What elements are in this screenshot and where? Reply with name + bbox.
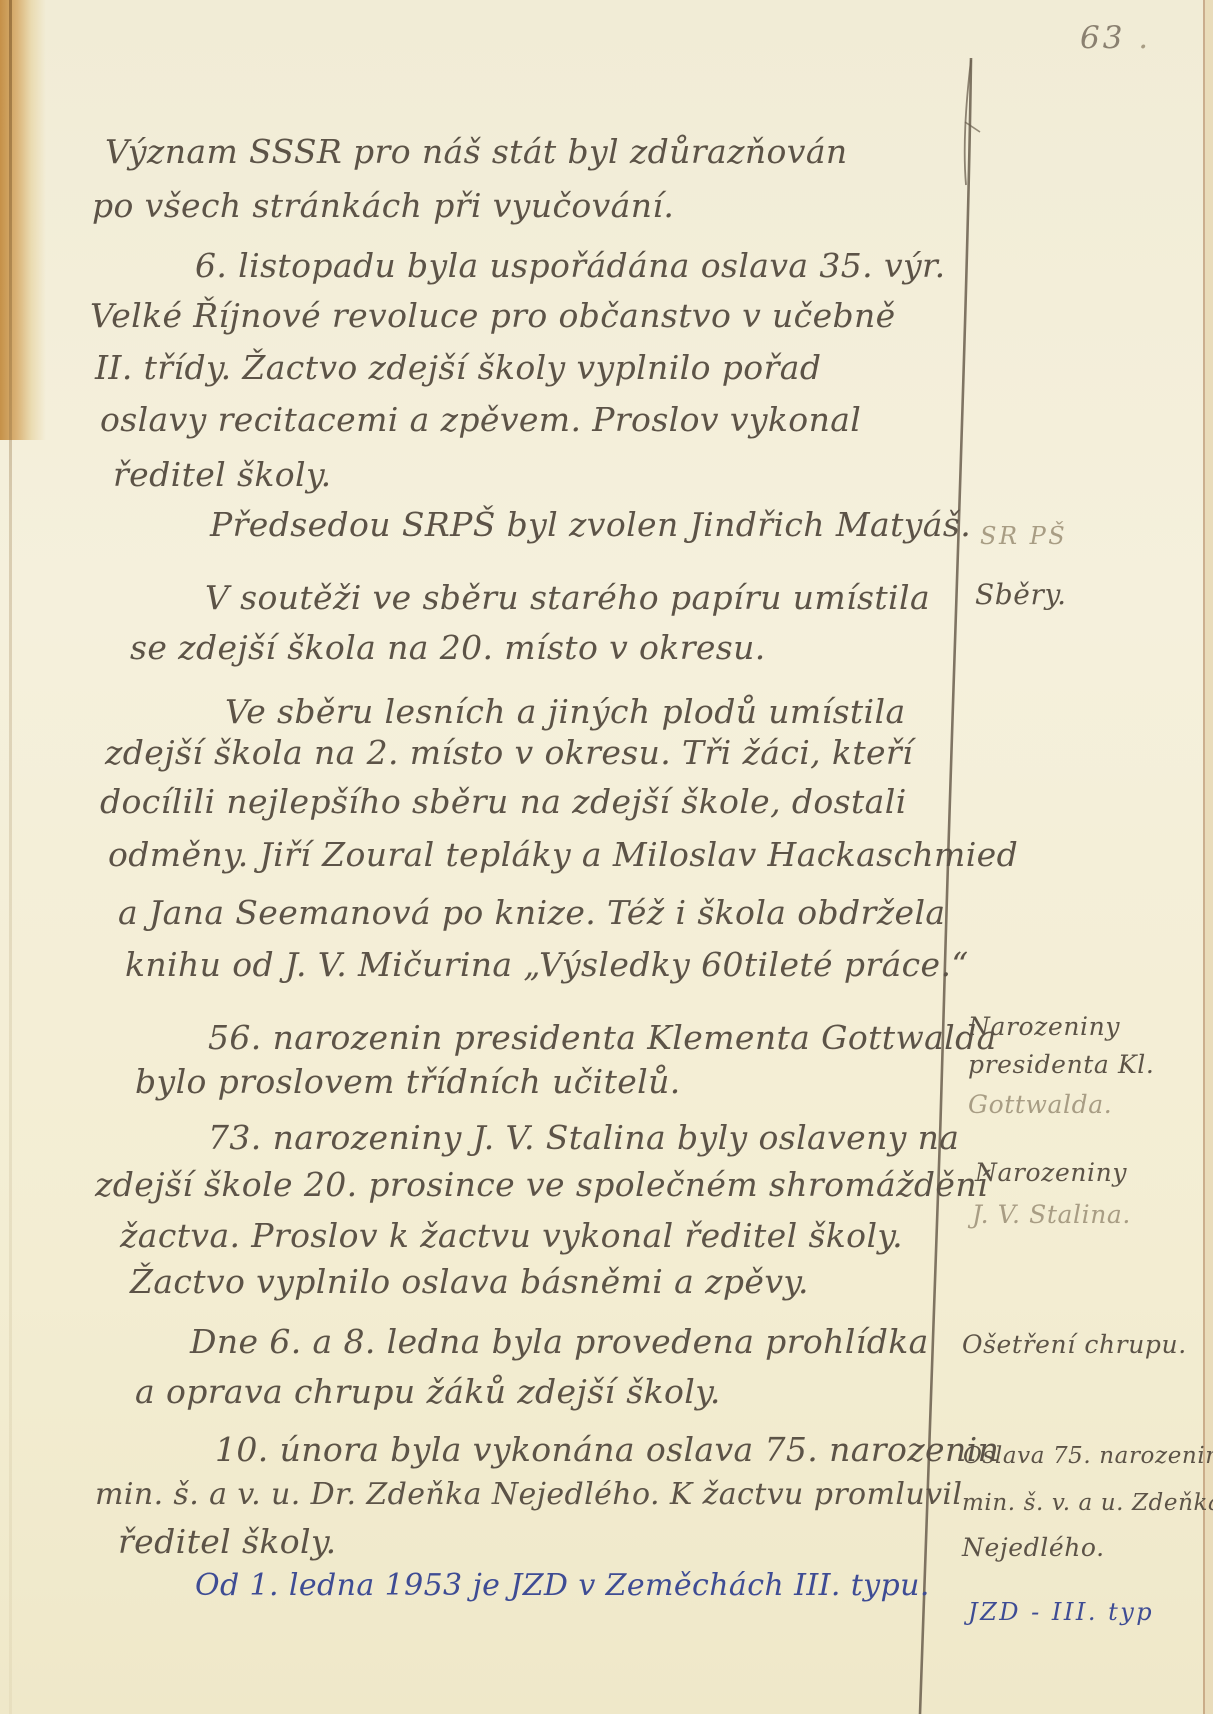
margin-note: Gottwalda. [968,1090,1112,1119]
margin-note: JZD - III. typ [968,1598,1154,1626]
page-number-value: 63 [1080,20,1125,56]
handwritten-line: Předsedou SRPŠ byl zvolen Jindřich Matyá… [210,505,971,544]
handwritten-line: ředitel školy. [118,1522,337,1561]
margin-note: Oslava 75. narozenin [963,1443,1213,1469]
handwritten-line: V soutěži ve sběru starého papíru umísti… [205,578,930,617]
handwritten-line: po všech stránkách při vyučování. [92,186,674,225]
handwritten-line: bylo proslovem třídních učitelů. [135,1062,681,1101]
handwritten-line: 73. narozeniny J. V. Stalina byly oslave… [208,1118,959,1157]
handwritten-line: Žactvo vyplnilo oslava básněmi a zpěvy. [130,1262,809,1301]
handwritten-line: oslavy recitacemi a zpěvem. Proslov vyko… [100,400,861,439]
handwritten-line: Ve sběru lesních a jiných plodů umístila [225,692,906,731]
handwritten-line: zdejší škola na 2. místo v okresu. Tři ž… [105,733,913,772]
handwritten-line: Dne 6. a 8. ledna byla provedena prohlíd… [190,1322,929,1361]
handwritten-line: a Jana Seemanová po knize. Též i škola o… [118,893,945,932]
chronicle-page: 63 . Význam SSSR pro náš stát byl zdůraz… [0,0,1213,1714]
handwritten-line: II. třídy. Žactvo zdejší školy vyplnilo … [95,348,821,387]
margin-note: Ošetření chrupu. [962,1330,1187,1359]
handwritten-line: Od 1. ledna 1953 je JZD v Zeměchách III.… [195,1568,930,1603]
margin-note: Nejedlého. [962,1533,1105,1562]
handwritten-line: min. š. a v. u. Dr. Zdeňka Nejedlého. K … [95,1477,962,1512]
ink-dot: . [1125,20,1151,56]
handwritten-line: odměny. Jiří Zoural tepláky a Miloslav H… [108,835,1018,874]
handwritten-line: 56. narozenin presidenta Klementa Gottwa… [208,1018,997,1057]
margin-note: Narozeniny [968,1012,1120,1041]
handwritten-line: se zdejší škola na 20. místo v okresu. [130,628,766,667]
handwritten-line: Význam SSSR pro náš stát byl zdůrazňován [105,132,848,171]
handwritten-line: žactva. Proslov k žactvu vykonal ředitel… [120,1216,903,1255]
handwritten-line: docílili nejlepšího sběru na zdejší škol… [100,782,907,821]
handwritten-line: Velké Říjnové revoluce pro občanstvo v u… [90,296,896,335]
handwritten-line: knihu od J. V. Mičurina „Výsledky 60tile… [125,945,969,984]
margin-note: Narozeniny [975,1158,1127,1187]
margin-note: presidenta Kl. [968,1050,1154,1079]
handwritten-line: a oprava chrupu žáků zdejší školy. [135,1372,721,1411]
handwritten-line: ředitel školy. [113,455,332,494]
margin-note: SR PŠ [980,522,1067,550]
page-number: 63 . [1080,20,1151,56]
margin-note: J. V. Stalina. [972,1200,1131,1229]
handwritten-line: zdejší škole 20. prosince ve společném s… [95,1165,988,1204]
handwritten-line: 6. listopadu byla uspořádána oslava 35. … [195,246,945,285]
handwritten-line: 10. února byla vykonána oslava 75. naroz… [215,1430,999,1469]
margin-note: Sběry. [975,578,1067,611]
margin-note: min. š. v. a u. Zdeňka [962,1490,1213,1516]
